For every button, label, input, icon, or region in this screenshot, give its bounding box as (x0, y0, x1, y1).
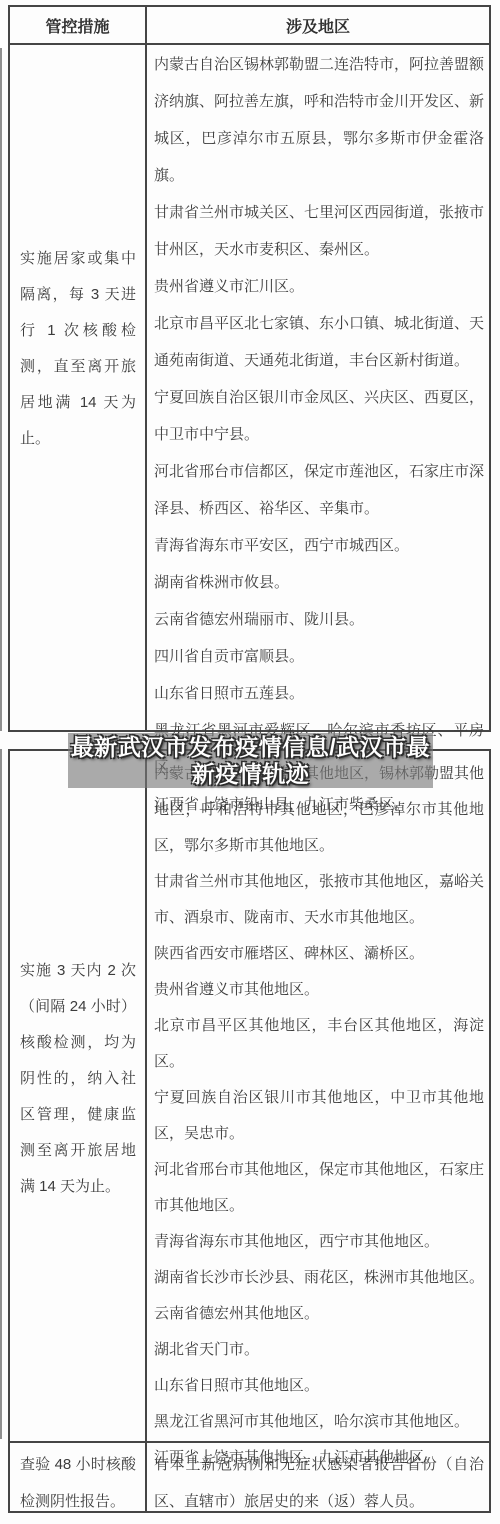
watermark-line-2: 新疫情轨迹 (192, 761, 310, 788)
measure-cell-testing: 实施 3 天内 2 次（间隔 24 小时） 核酸检测，均为阴性的，纳入社区管理，… (10, 751, 147, 1441)
table-header-row: 管控措施 涉及地区 (10, 7, 489, 45)
measure-text: 实施 3 天内 2 次（间隔 24 小时） 核酸检测，均为阴性的，纳入社区管理，… (20, 953, 136, 1205)
region-paragraph: 甘肃省兰州市城关区、七里河区西园街道，张掖市甘州区，天水市麦积区、秦州区。 (154, 194, 484, 268)
header-cell-measures: 管控措施 (10, 7, 147, 43)
region-paragraph: 山东省日照市五莲县。 (154, 675, 484, 712)
header-cell-regions: 涉及地区 (147, 7, 489, 43)
region-paragraph: 北京市昌平区北七家镇、东小口镇、城北街道、天通苑南街道、天通苑北街道，丰台区新村… (154, 305, 484, 379)
region-paragraph: 云南省德宏州瑞丽市、陇川县。 (154, 601, 484, 638)
region-paragraph: 陕西省西安市雁塔区、碑林区、灞桥区。 (154, 936, 484, 972)
watermark-banner: 最新武汉市发布疫情信息/武汉市最 新疫情轨迹 (68, 733, 433, 788)
table-row: 实施 3 天内 2 次（间隔 24 小时） 核酸检测，均为阴性的，纳入社区管理，… (10, 751, 489, 1443)
region-paragraph: 湖北省天门市。 (154, 1332, 484, 1368)
region-paragraph: 河北省邢台市信都区，保定市莲池区，石家庄市深泽县、桥西区、裕华区、辛集市。 (154, 453, 484, 527)
region-paragraph: 云南省德宏州其他地区。 (154, 1296, 484, 1332)
region-paragraph: 北京市昌平区其他地区，丰台区其他地区，海淀区。 (154, 1008, 484, 1080)
page-edge-artifact-bottom (0, 749, 2, 1439)
region-paragraph: 青海省海东市平安区，西宁市城西区。 (154, 527, 484, 564)
page-edge-artifact-top (0, 48, 2, 731)
watermark-line-1: 最新武汉市发布疫情信息/武汉市最 (71, 734, 430, 761)
regions-cell-quarantine: 内蒙古自治区锡林郭勒盟二连浩特市，阿拉善盟额济纳旗、阿拉善左旗，呼和浩特市金川开… (147, 45, 489, 730)
region-paragraph: 湖南省株洲市攸县。 (154, 564, 484, 601)
measure-text: 实施居家或集中隔离，每 3 天进行 1 次核酸检测，直至离开旅居地满 14 天为… (20, 241, 136, 457)
region-paragraph: 河北省邢台市其他地区，保定市其他地区，石家庄市其他地区。 (154, 1152, 484, 1224)
region-paragraph: 甘肃省兰州市其他地区，张掖市其他地区，嘉峪关市、酒泉市、陇南市、天水市其他地区。 (154, 864, 484, 936)
table-row: 实施居家或集中隔离，每 3 天进行 1 次核酸检测，直至离开旅居地满 14 天为… (10, 45, 489, 730)
regions-cell-report-check: 有本土新冠病例和无症状感染者报告省份（自治区、直辖市）旅居史的来（返）蓉人员。 (147, 1443, 489, 1511)
region-paragraph: 湖南省长沙市长沙县、雨花区，株洲市其他地区。 (154, 1260, 484, 1296)
region-paragraph: 四川省自贡市富顺县。 (154, 638, 484, 675)
region-paragraph: 内蒙古自治区锡林郭勒盟二连浩特市，阿拉善盟额济纳旗、阿拉善左旗，呼和浩特市金川开… (154, 46, 484, 194)
region-paragraph: 有本土新冠病例和无症状感染者报告省份（自治区、直辖市）旅居史的来（返）蓉人员。 (154, 1446, 484, 1520)
region-paragraph: 青海省海东市其他地区，西宁市其他地区。 (154, 1224, 484, 1260)
region-paragraph: 宁夏回族自治区银川市其他地区，中卫市其他地区，吴忠市。 (154, 1080, 484, 1152)
region-paragraph: 山东省日照市其他地区。 (154, 1368, 484, 1404)
measure-cell-report-check: 查验 48 小时核酸检测阴性报告。 (10, 1443, 147, 1511)
region-paragraph: 贵州省遵义市其他地区。 (154, 972, 484, 1008)
control-measures-table-lower: 实施 3 天内 2 次（间隔 24 小时） 核酸检测，均为阴性的，纳入社区管理，… (8, 749, 491, 1513)
measure-cell-quarantine: 实施居家或集中隔离，每 3 天进行 1 次核酸检测，直至离开旅居地满 14 天为… (10, 45, 147, 730)
region-paragraph: 宁夏回族自治区银川市金凤区、兴庆区、西夏区，中卫市中宁县。 (154, 379, 484, 453)
table-row: 查验 48 小时核酸检测阴性报告。 有本土新冠病例和无症状感染者报告省份（自治区… (10, 1443, 489, 1511)
region-paragraph: 贵州省遵义市汇川区。 (154, 268, 484, 305)
measure-text: 查验 48 小时核酸检测阴性报告。 (20, 1446, 136, 1520)
regions-cell-testing: 内蒙古自治区阿拉善盟其他地区，锡林郭勒盟其他地区，呼和浩特市其他地区，巴彦淖尔市… (147, 751, 489, 1441)
region-paragraph: 黑龙江省黑河市其他地区，哈尔滨市其他地区。 (154, 1404, 484, 1440)
control-measures-table-upper: 管控措施 涉及地区 实施居家或集中隔离，每 3 天进行 1 次核酸检测，直至离开… (8, 5, 491, 732)
